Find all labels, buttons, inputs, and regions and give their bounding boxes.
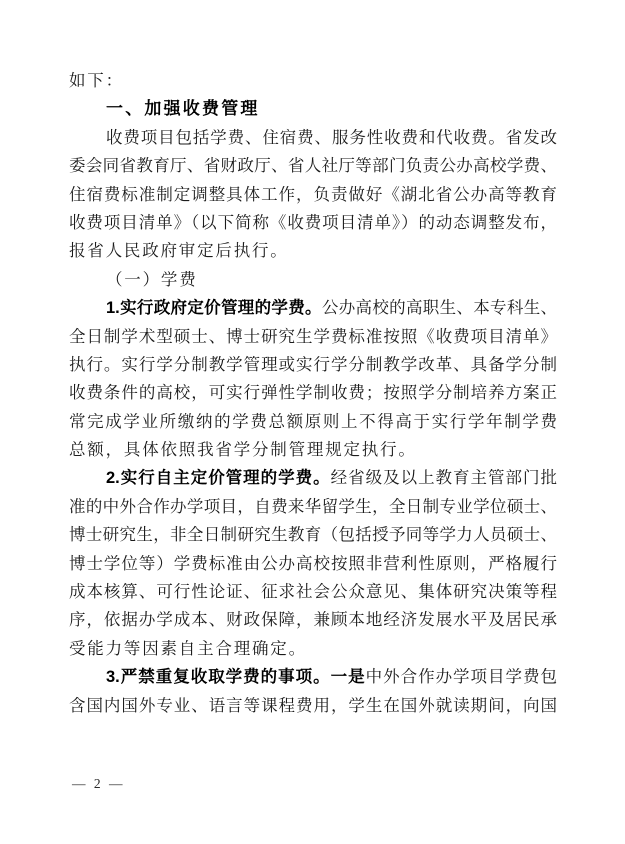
text-line: 2.实行自主定价管理的学费。经省级及以上教育主管部门批 bbox=[69, 464, 557, 492]
document-page: 如下：一、加强收费管理收费项目包括学费、住宿费、服务性收费和代收费。省发改委会同… bbox=[0, 0, 625, 844]
section-heading: 一、加强收费管理 bbox=[69, 95, 557, 123]
text-line: 准的中外合作办学项目，自费来华留学生，全日制专业学位硕士、 bbox=[69, 493, 557, 521]
text-line: 博士学位等）学费标准由公办高校按照非营利性原则，严格履行 bbox=[69, 550, 557, 578]
text-line: 收费项目包括学费、住宿费、服务性收费和代收费。省发改 bbox=[69, 124, 557, 152]
text-run: 准的中外合作办学项目，自费来华留学生，全日制专业学位硕士、 bbox=[69, 497, 557, 516]
text-line: 全日制学术型硕士、博士研究生学费标准按照《收费项目清单》 bbox=[69, 323, 557, 351]
text-line: 成本核算、可行性论证、征求社会公众意见、集体研究决策等程 bbox=[69, 578, 557, 606]
text-run: 报省人民政府审定后执行。 bbox=[69, 241, 289, 260]
text-run: 博士学位等）学费标准由公办高校按照非营利性原则，严格履行 bbox=[69, 554, 557, 573]
bold-text-run: 3.严禁重复收取学费的事项。一是 bbox=[106, 668, 366, 686]
document-body: 如下：一、加强收费管理收费项目包括学费、住宿费、服务性收费和代收费。省发改委会同… bbox=[69, 67, 557, 720]
text-run: 收费项目包括学费、住宿费、服务性收费和代收费。省发改 bbox=[106, 128, 557, 147]
text-line: 序，依据办学成本、财政保障，兼顾本地经济发展水平及居民承 bbox=[69, 606, 557, 634]
text-run: 总额，具体依照我省学分制管理规定执行。 bbox=[69, 440, 417, 459]
bold-text-run: 2.实行自主定价管理的学费。 bbox=[106, 469, 331, 487]
text-line: 收费项目清单》（以下简称《收费项目清单》）的动态调整发布， bbox=[69, 209, 557, 237]
text-line: 如下： bbox=[69, 67, 557, 95]
text-line: 执行。实行学分制教学管理或实行学分制教学改革、具备学分制 bbox=[69, 351, 557, 379]
text-run: 经省级及以上教育主管部门批 bbox=[331, 468, 557, 487]
text-run: 全日制学术型硕士、博士研究生学费标准按照《收费项目清单》 bbox=[69, 327, 557, 346]
text-run: 中外合作办学项目学费包 bbox=[366, 667, 557, 686]
text-run: 住宿费标准制定调整具体工作，负责做好《湖北省公办高等教育 bbox=[69, 185, 557, 204]
text-line: 住宿费标准制定调整具体工作，负责做好《湖北省公办高等教育 bbox=[69, 181, 557, 209]
text-run: 委会同省教育厅、省财政厅、省人社厅等部门负责公办高校学费、 bbox=[69, 156, 557, 175]
text-run: 常完成学业所缴纳的学费总额原则上不得高于实行学年制学费 bbox=[69, 412, 557, 431]
text-line: 含国内国外专业、语言等课程费用，学生在国外就读期间，向国 bbox=[69, 692, 557, 720]
page-number: — 2 — bbox=[72, 776, 125, 792]
text-line: 报省人民政府审定后执行。 bbox=[69, 237, 557, 265]
text-line: 收费条件的高校，可实行弹性学制收费；按照学分制培养方案正 bbox=[69, 379, 557, 407]
text-run: 序，依据办学成本、财政保障，兼顾本地经济发展水平及居民承 bbox=[69, 610, 557, 629]
text-line: 总额，具体依照我省学分制管理规定执行。 bbox=[69, 436, 557, 464]
text-run: 公办高校的高职生、本专科生、 bbox=[322, 298, 557, 317]
text-line: （一）学费 bbox=[69, 266, 557, 294]
text-run: 博士研究生，非全日制研究生教育（包括授予同等学力人员硕士、 bbox=[69, 525, 557, 544]
text-line: 常完成学业所缴纳的学费总额原则上不得高于实行学年制学费 bbox=[69, 408, 557, 436]
text-line: 委会同省教育厅、省财政厅、省人社厅等部门负责公办高校学费、 bbox=[69, 152, 557, 180]
text-run: 成本核算、可行性论证、征求社会公众意见、集体研究决策等程 bbox=[69, 582, 557, 601]
text-run: 收费条件的高校，可实行弹性学制收费；按照学分制培养方案正 bbox=[69, 383, 557, 402]
text-run: 收费项目清单》（以下简称《收费项目清单》）的动态调整发布， bbox=[69, 213, 557, 232]
text-run: 执行。实行学分制教学管理或实行学分制教学改革、具备学分制 bbox=[69, 355, 557, 374]
text-line: 3.严禁重复收取学费的事项。一是中外合作办学项目学费包 bbox=[69, 663, 557, 691]
text-run: （一）学费 bbox=[106, 270, 198, 289]
text-run: 含国内国外专业、语言等课程费用，学生在国外就读期间，向国 bbox=[69, 696, 557, 715]
text-line: 受能力等因素自主合理确定。 bbox=[69, 635, 557, 663]
text-line: 1.实行政府定价管理的学费。公办高校的高职生、本专科生、 bbox=[69, 294, 557, 322]
text-run: 受能力等因素自主合理确定。 bbox=[69, 639, 307, 658]
bold-text-run: 1.实行政府定价管理的学费。 bbox=[106, 299, 322, 317]
text-line: 博士研究生，非全日制研究生教育（包括授予同等学力人员硕士、 bbox=[69, 521, 557, 549]
bold-text-run: 一、加强收费管理 bbox=[106, 99, 260, 118]
text-run: 如下： bbox=[69, 71, 124, 90]
